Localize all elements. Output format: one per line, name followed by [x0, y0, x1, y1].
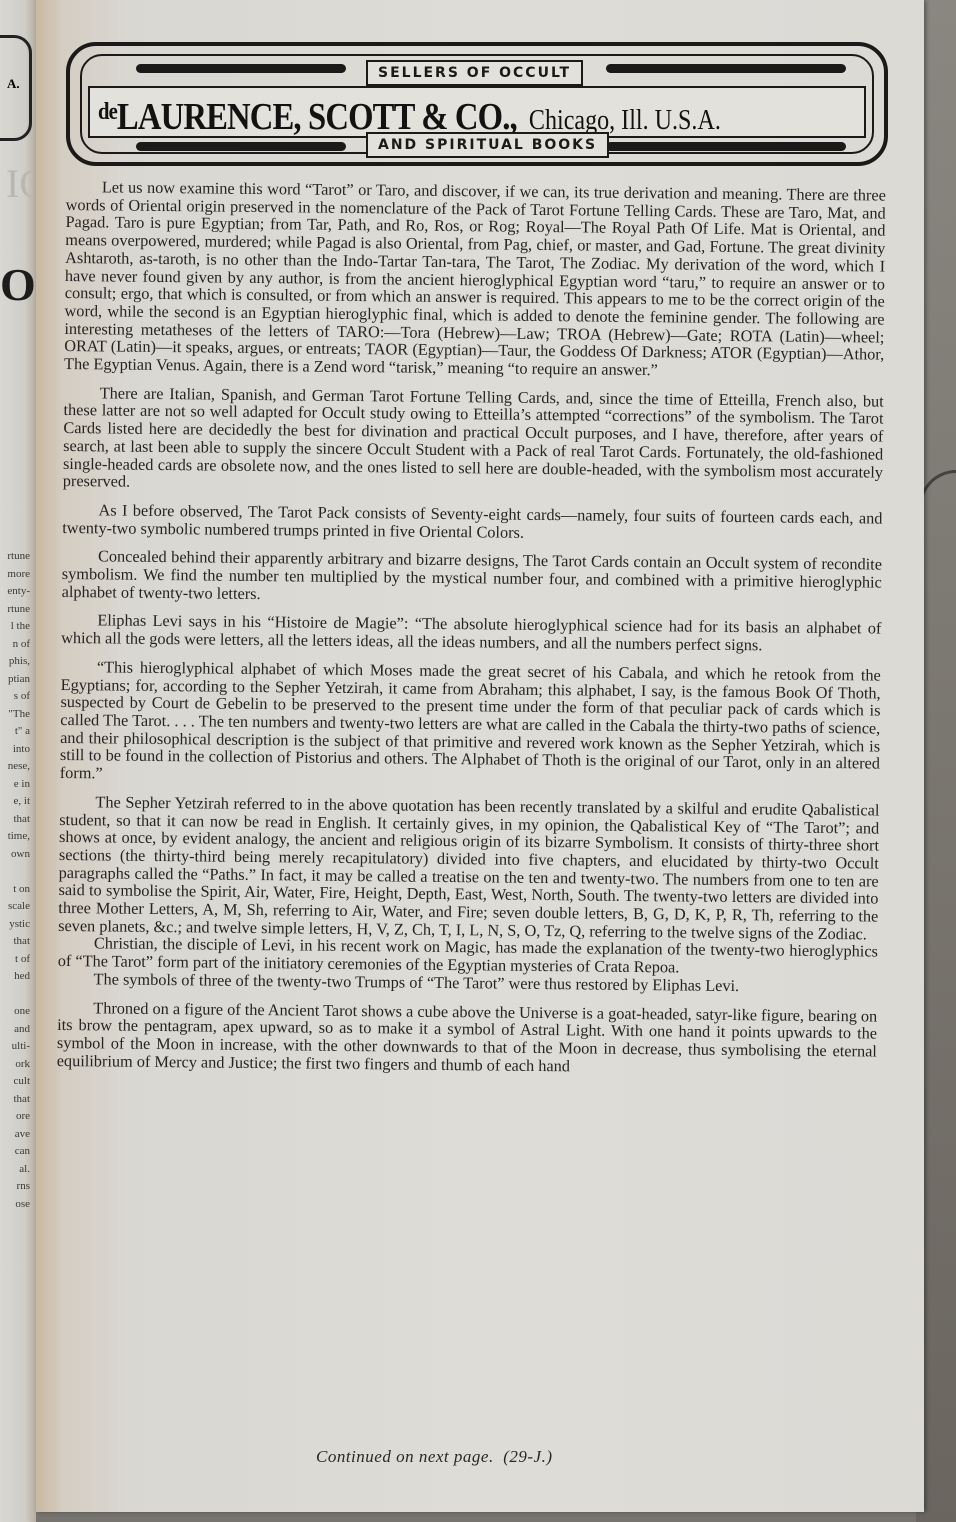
previous-page-margin-text: rtune more enty- rtune l the n of phis, … [7, 548, 30, 1213]
article-paragraph: “This hieroglyphical alphabet of which M… [60, 658, 881, 791]
article-paragraph: Concealed behind their apparently arbitr… [62, 547, 883, 609]
backdrop-print-mark [919, 470, 956, 713]
article-paragraph: There are Italian, Spanish, and German T… [63, 384, 884, 499]
page-code: (29-J.) [503, 1447, 552, 1466]
page-footer: Continued on next page. (29-J.) [316, 1447, 552, 1467]
article-paragraph: Throned on a figure of the Ancient Tarot… [57, 998, 878, 1077]
article-paragraph: Let us now examine this word “Tarot” or … [64, 178, 886, 381]
previous-page-edge: A. IO OS rtune more enty- rtune l the n … [0, 0, 36, 1522]
catalog-page: SELLERS OF OCCULT deLAURENCE, SCOTT & CO… [36, 0, 924, 1512]
article-paragraph: The Sepher Yetzirah referred to in the a… [58, 793, 879, 943]
ornament-bar [136, 64, 346, 73]
previous-page-masthead-fragment: A. [0, 35, 32, 141]
continued-note: Continued on next page. [316, 1447, 494, 1466]
masthead-top-banner: SELLERS OF OCCULT [366, 60, 583, 86]
masthead-brand-panel: deLAURENCE, SCOTT & CO.,Chicago, Ill. U.… [88, 86, 866, 138]
previous-page-heading-fragment: OS [0, 258, 36, 311]
previous-page-faded-text: IO [6, 160, 36, 207]
article-paragraph: Eliphas Levi says in his “Histoire de Ma… [61, 611, 881, 655]
article-paragraph: As I before observed, The Tarot Pack con… [62, 501, 882, 545]
masthead-bottom-banner: AND SPIRITUAL BOOKS [366, 132, 609, 158]
masthead: SELLERS OF OCCULT deLAURENCE, SCOTT & CO… [66, 42, 888, 166]
ornament-bar [606, 64, 846, 73]
article-body: Let us now examine this word “Tarot” or … [57, 178, 886, 1078]
